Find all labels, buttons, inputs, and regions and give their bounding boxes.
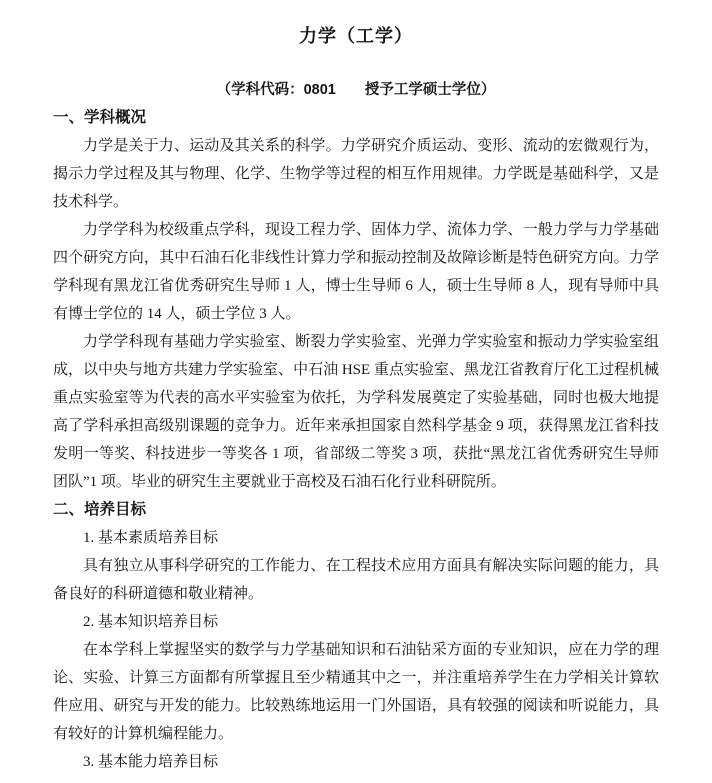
paragraph-basic-quality-objective: 具有独立从事科学研究的工作能力、在工程技术应用方面具有解决实际问题的能力，具备良… — [53, 552, 659, 608]
paragraph-discipline-directions-and-supervisors: 力学学科为校级重点学科，现设工程力学、固体力学、流体力学、一般力学与力学基础四个… — [53, 216, 659, 328]
document-title: 力学（工学） — [53, 22, 659, 50]
paragraph-discipline-laboratories-and-achievements: 力学学科现有基础力学实验室、断裂力学实验室、光弹力学实验室和振动力学实验室组成，… — [53, 328, 659, 496]
subitem-basic-ability-objective: 3. 基本能力培养目标 — [53, 748, 659, 776]
document-subtitle: （学科代码：0801 授予工学硕士学位） — [53, 76, 659, 104]
section-heading-discipline-overview: 一、学科概况 — [53, 104, 659, 132]
subitem-basic-quality-objective: 1. 基本素质培养目标 — [53, 524, 659, 552]
section-heading-training-objectives: 二、培养目标 — [53, 496, 659, 524]
paragraph-discipline-definition: 力学是关于力、运动及其关系的科学。力学研究介质运动、变形、流动的宏微观行为，揭示… — [53, 132, 659, 216]
subitem-basic-knowledge-objective: 2. 基本知识培养目标 — [53, 608, 659, 636]
paragraph-basic-knowledge-objective: 在本学科上掌握坚实的数学与力学基础知识和石油钻采方面的专业知识，应在力学的理论、… — [53, 636, 659, 748]
document-page: 力学（工学） （学科代码：0801 授予工学硕士学位） 一、学科概况 力学是关于… — [0, 0, 712, 783]
